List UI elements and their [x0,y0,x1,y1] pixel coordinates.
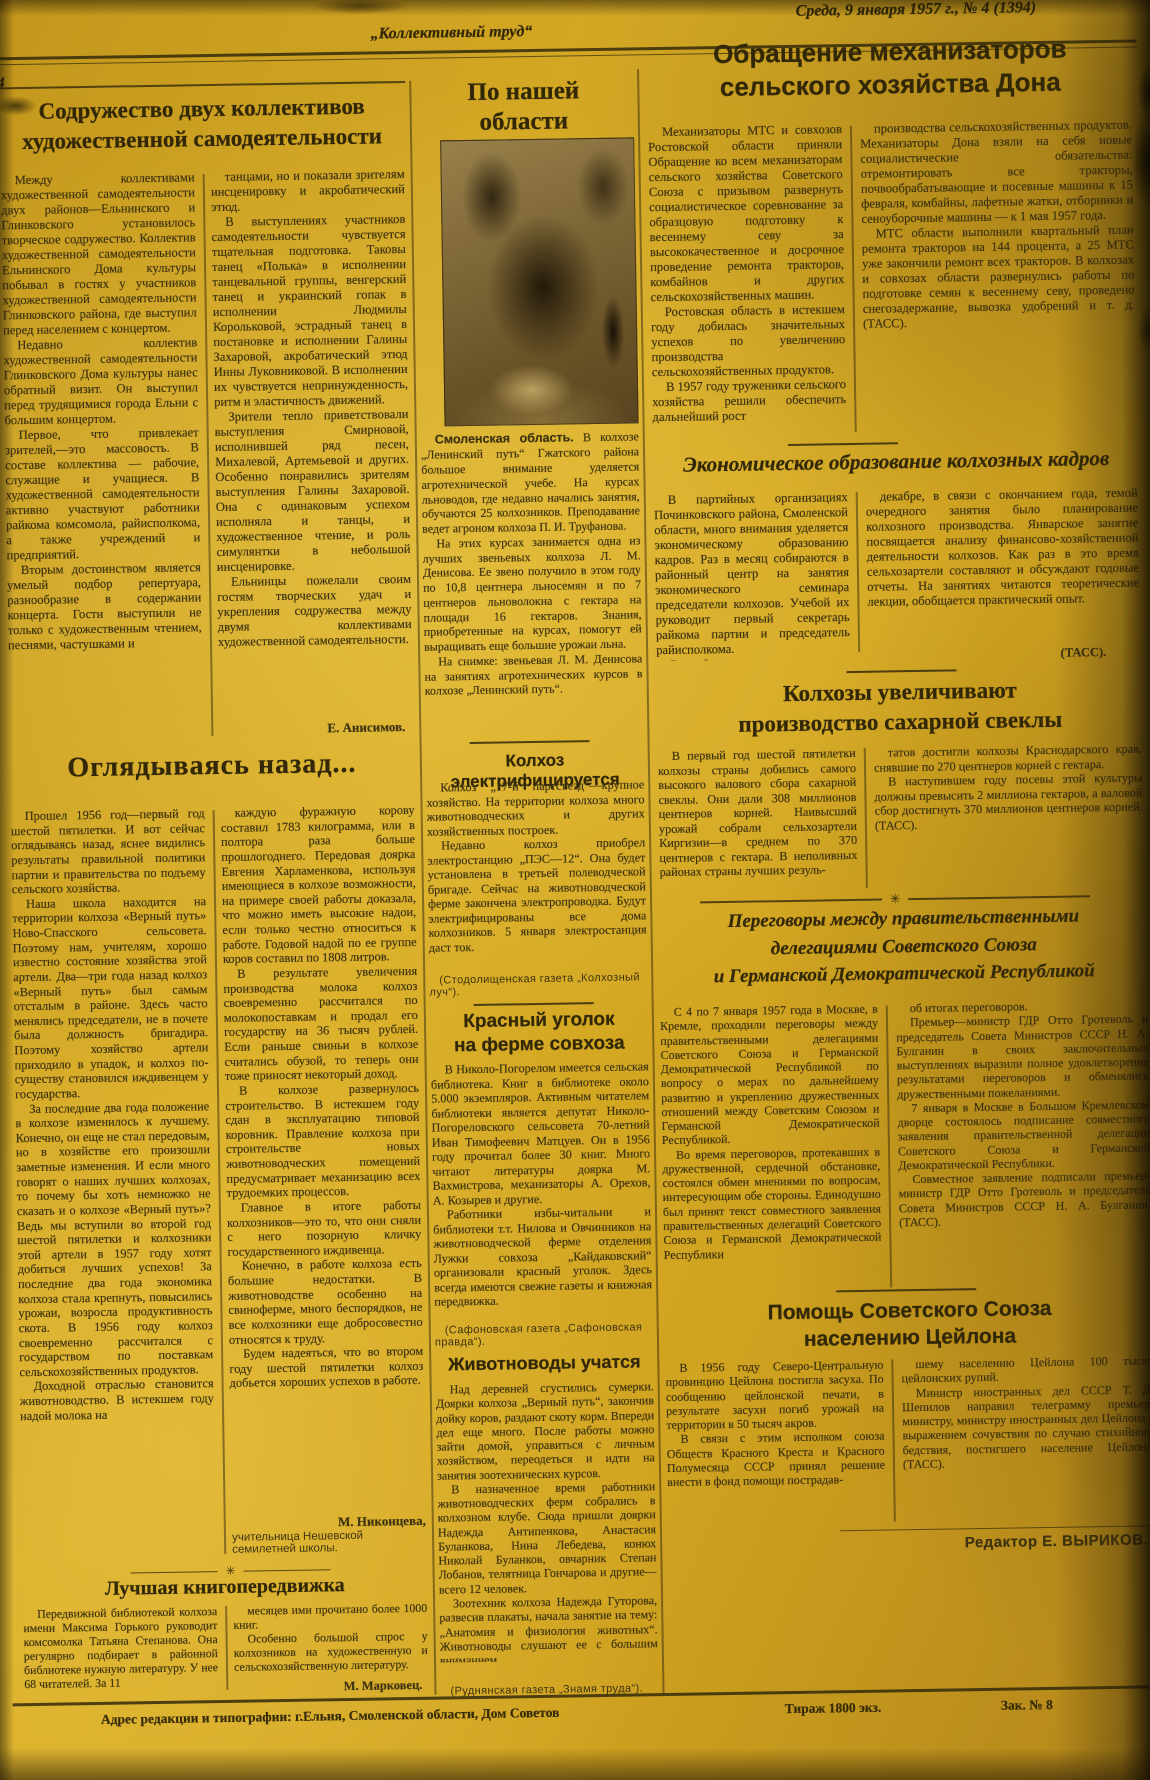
paragraph: В выступлениях участников самодеятельнос… [211,212,408,410]
paragraph: Ростовская область в истекшем году добил… [651,302,846,380]
paragraph: МТС области выполнили квартальный план р… [862,222,1136,331]
paragraph: В наступившем году посевы этой культуры … [874,770,1143,832]
article-title: Красный уголок на ферме совхоза [430,1007,649,1058]
paragraph: Работники избы-читальни и библиотеки т.т… [433,1204,653,1309]
paragraph: каждую фуражную корову составил 1783 кил… [221,803,418,967]
photo-caption: Смоленская область. В колхозе „Ленинский… [421,429,644,738]
article-column: Механизаторы МТС и совхозов Ростовской о… [648,122,847,435]
article-title: Содружество двух коллективов художествен… [0,83,406,157]
article-column: В первый год шестой пятилетки колхозы ст… [658,746,858,895]
article-ekonomicheskoe: Экономическое образование колхозных кадр… [649,445,1146,667]
paragraph: декабре, в связи с окончанием года, темо… [866,485,1140,609]
paragraph: С 4 по 7 января 1957 года в Москве, в Кр… [660,1002,880,1148]
paragraph: Между коллективами художественной самоде… [1,170,198,338]
article-elektrifikaciya: Колхоз электрифицируется Колхоз „17-й па… [426,749,648,1000]
paragraph: В связи с этим исполком союза Обществ Кр… [666,1429,885,1489]
article-signature-block: М. Никонцева, учительница Нешевской семи… [232,1513,427,1556]
article-oglyadyvayas: Оглядываясь назад... Прошел 1956 год—пер… [8,747,429,1565]
article-column: Над деревней сгустились сумерки. Доярки … [436,1379,658,1662]
paragraph: В 1956 году Северо-Центральную провинцию… [665,1358,884,1433]
masthead-date: Среда, 9 января 1957 г., № 4 (1394) [606,0,1036,24]
article-column: танцами, но и показали зрителям инсценир… [211,167,413,710]
paragraph: Зоотехник колхоза Надежда Гуторова, разв… [439,1593,658,1662]
paragraph: В колхозе развернулось строительство. В … [225,1081,421,1201]
article-signature: М. Марковец. [344,1678,423,1694]
paragraph: Колхоз „17-й партсъезд“—крупное хозяйств… [426,777,645,838]
paragraph: Премьер—министр ГДР Отто Гротеволь и пре… [896,1012,1149,1102]
paragraph: месяцев ими прочитано более 1000 книг. [233,1601,427,1632]
article-title: Оглядываясь назад... [8,747,416,785]
column-divider [891,1359,895,1521]
paragraph: Вторым достоинством является умелый подб… [7,560,202,653]
article-signature-role: учительница Нешевской семилетней школы. [232,1529,426,1556]
caption-lead: Смоленская область. [435,430,574,446]
paragraph: татов достигли колхозы Краснодарского кр… [874,741,1142,774]
paragraph: Наша школа находится на территории колхо… [12,894,209,1102]
paragraph: На этих курсах занимается одна из лучших… [422,533,642,654]
footer-zakaz: Зак. № 8 [1001,1697,1053,1714]
photo-agrotech-courses [440,137,638,426]
article-column: каждую фуражную корову составил 1783 кил… [221,803,426,1518]
article-signature: (ТАСС). [1061,645,1107,661]
newspaper-page: 4 „Коллективный труд“ Среда, 9 января 19… [0,0,1150,1780]
article-ceylon: Помощь Советского Союза населению Цейлон… [662,1293,1150,1533]
paragraph: Недавно колхоз приобрел электростанцию „… [427,835,647,955]
paragraph: Механизаторы МТС и совхозов Ростовской о… [648,122,845,305]
article-column: татов достигли колхозы Краснодарского кр… [874,741,1144,891]
section-rule [470,740,590,744]
paragraph: В назначенное время работники животновод… [437,1479,657,1597]
article-title: Животноводы учатся [435,1351,653,1375]
paragraph: В результате увеличения производства мол… [223,964,419,1084]
section-rule [846,669,956,673]
section-rule [788,442,898,446]
paragraph: В 1957 году труженики сельского хозяйств… [652,377,847,425]
paragraph: Передвижной библиотекой колхоза имени Ма… [23,1604,218,1691]
article-signature: Е. Анисимов. [327,719,405,736]
article-column: Колхоз „17-й партсъезд“—крупное хозяйств… [426,777,647,966]
article-source: (Стодолищенская газета „Колхозный луч“). [429,971,647,998]
footer-tirazh: Тираж 1800 экз. [785,1700,882,1718]
paragraph: Доходной отраслью становится животноводс… [20,1376,215,1423]
article-signature: М. Никонцева, [232,1513,426,1532]
paragraph: Конечно, в работе колхоза есть большие н… [228,1256,423,1347]
paragraph: Во время переговоров, протекавших в друж… [662,1144,882,1262]
article-column: Передвижной библиотекой колхоза имени Ма… [23,1604,218,1697]
rule-segment [244,1569,331,1572]
footer-address: Адрес редакции и типографии: г.Ельня, См… [101,1702,741,1728]
paragraph: Главное в итоге работы колхозников—это т… [227,1198,422,1260]
paragraph: Недавно коллектив художественной самодея… [3,335,198,428]
article-krasny-ugolok: Красный уголок на ферме совхоза В Николо… [430,1007,653,1350]
article-title: Помощь Советского Союза населению Цейлон… [662,1293,1150,1355]
paragraph: В партийных организациях Починковского р… [654,490,851,658]
article-title: Обращение механизаторов сельского хозяйс… [643,31,1138,104]
paragraph: Над деревней сгустились сумерки. Доярки … [436,1379,656,1482]
paragraph: Смоленская область. В колхозе „Ленинский… [421,429,641,536]
paragraph: 7 января в Москве в Большом Кремлевском … [897,1097,1150,1172]
masthead-title: „Коллективный труд“ [286,22,616,45]
article-source: (Сафоновская газета „Сафоновская правда“… [435,1321,653,1348]
paragraph: Совместное заявление подписали премьер-м… [898,1169,1150,1230]
column-divider [864,748,868,888]
rule-segment [700,899,882,903]
column-divider [850,126,856,432]
article-column: Прошел 1956 год—первый год шестой пятиле… [11,806,217,1559]
rule-segment [909,896,1091,900]
paragraph: Министр иностранных дел СССР Т. Д. Шепил… [902,1382,1150,1472]
article-column: Между коллективами художественной самоде… [1,170,204,745]
paragraph: Особенно большой спрос у колхозников на … [234,1629,429,1674]
article-column: С 4 по 7 января 1957 года в Москве, в Кр… [660,1002,883,1295]
article-peregovory: Переговоры между правительственными деле… [656,901,1150,1301]
article-column: производства сельскохозяйственных продук… [860,118,1137,432]
paragraph: Прошел 1956 год—первый год шестой пятиле… [11,806,206,897]
paragraph: шему населению Цейлона 100 тысяч цейлонс… [901,1353,1150,1385]
paragraph: В Николо-Погорелом имеется сельская библ… [431,1059,651,1208]
article-column: об итогах переговоров.Премьер—министр ГД… [896,997,1150,1291]
paragraph: На снимке: звеньевая Л. М. Денисова на з… [424,651,643,699]
article-title: Экономическое образование колхозных кадр… [649,445,1143,478]
article-title: Переговоры между правительственными деле… [656,901,1150,991]
paragraph: Зрители тепло приветствовали выступления… [214,407,411,575]
paragraph: производства сельскохозяйственных продук… [860,118,1134,227]
article-column: В партийных организациях Починковского р… [654,490,851,661]
article-column: В Николо-Погорелом имеется сельская библ… [431,1059,653,1312]
paragraph: В первый год шестой пятилетки колхозы ст… [658,746,858,880]
paragraph: Ельнинцы пожелали своим гостям творчески… [217,571,412,649]
column-divider [886,1005,892,1287]
paragraph: Первое, что привлекает зрителей,—это мас… [5,425,201,563]
paragraph: За последние два года положение в колхоз… [15,1099,213,1380]
article-knigoperedvizhka: Лучшая книгопередвижка Передвижной библи… [21,1573,431,1701]
article-title: Колхозы увеличивают производство сахарно… [653,673,1148,741]
page-content: 4 „Коллективный труд“ Среда, 9 января 19… [0,0,1150,1780]
rule-segment [131,1571,218,1574]
article-column: месяцев ими прочитано более 1000 книг.Ос… [233,1601,428,1676]
column-divider [856,492,860,652]
column-divider [225,1606,228,1690]
article-zhivotnovody: Животноводы учатся Над деревней сгустили… [435,1351,658,1699]
paragraph: танцами, но и показали зрителям инсценир… [211,167,406,215]
paragraph: Будем надеяться, что во втором году шест… [229,1344,424,1391]
editor-line: Редактор Е. ВЫРИКОВ. [848,1531,1148,1553]
article-title: Лучшая книгопередвижка [21,1573,429,1602]
article-svekla: Колхозы увеличивают производство сахарно… [653,673,1150,899]
caption-paragraphs: На этих курсах занимается одна из лучших… [422,533,643,699]
article-sodruzhestvo: Содружество двух коллективов художествен… [0,81,416,751]
article-column: декабре, в связи с окончанием года, темо… [866,485,1141,657]
section-rule [474,1002,594,1006]
article-column: шему населению Цейлона 100 тысяч цейлонс… [901,1353,1150,1525]
section-title-po-nashei-oblasti: По нашей области [417,75,630,138]
article-column: В 1956 году Северо-Центральную провинцию… [665,1358,886,1529]
article-obrashchenie: Обращение механизаторов сельского хозяйс… [643,31,1143,441]
